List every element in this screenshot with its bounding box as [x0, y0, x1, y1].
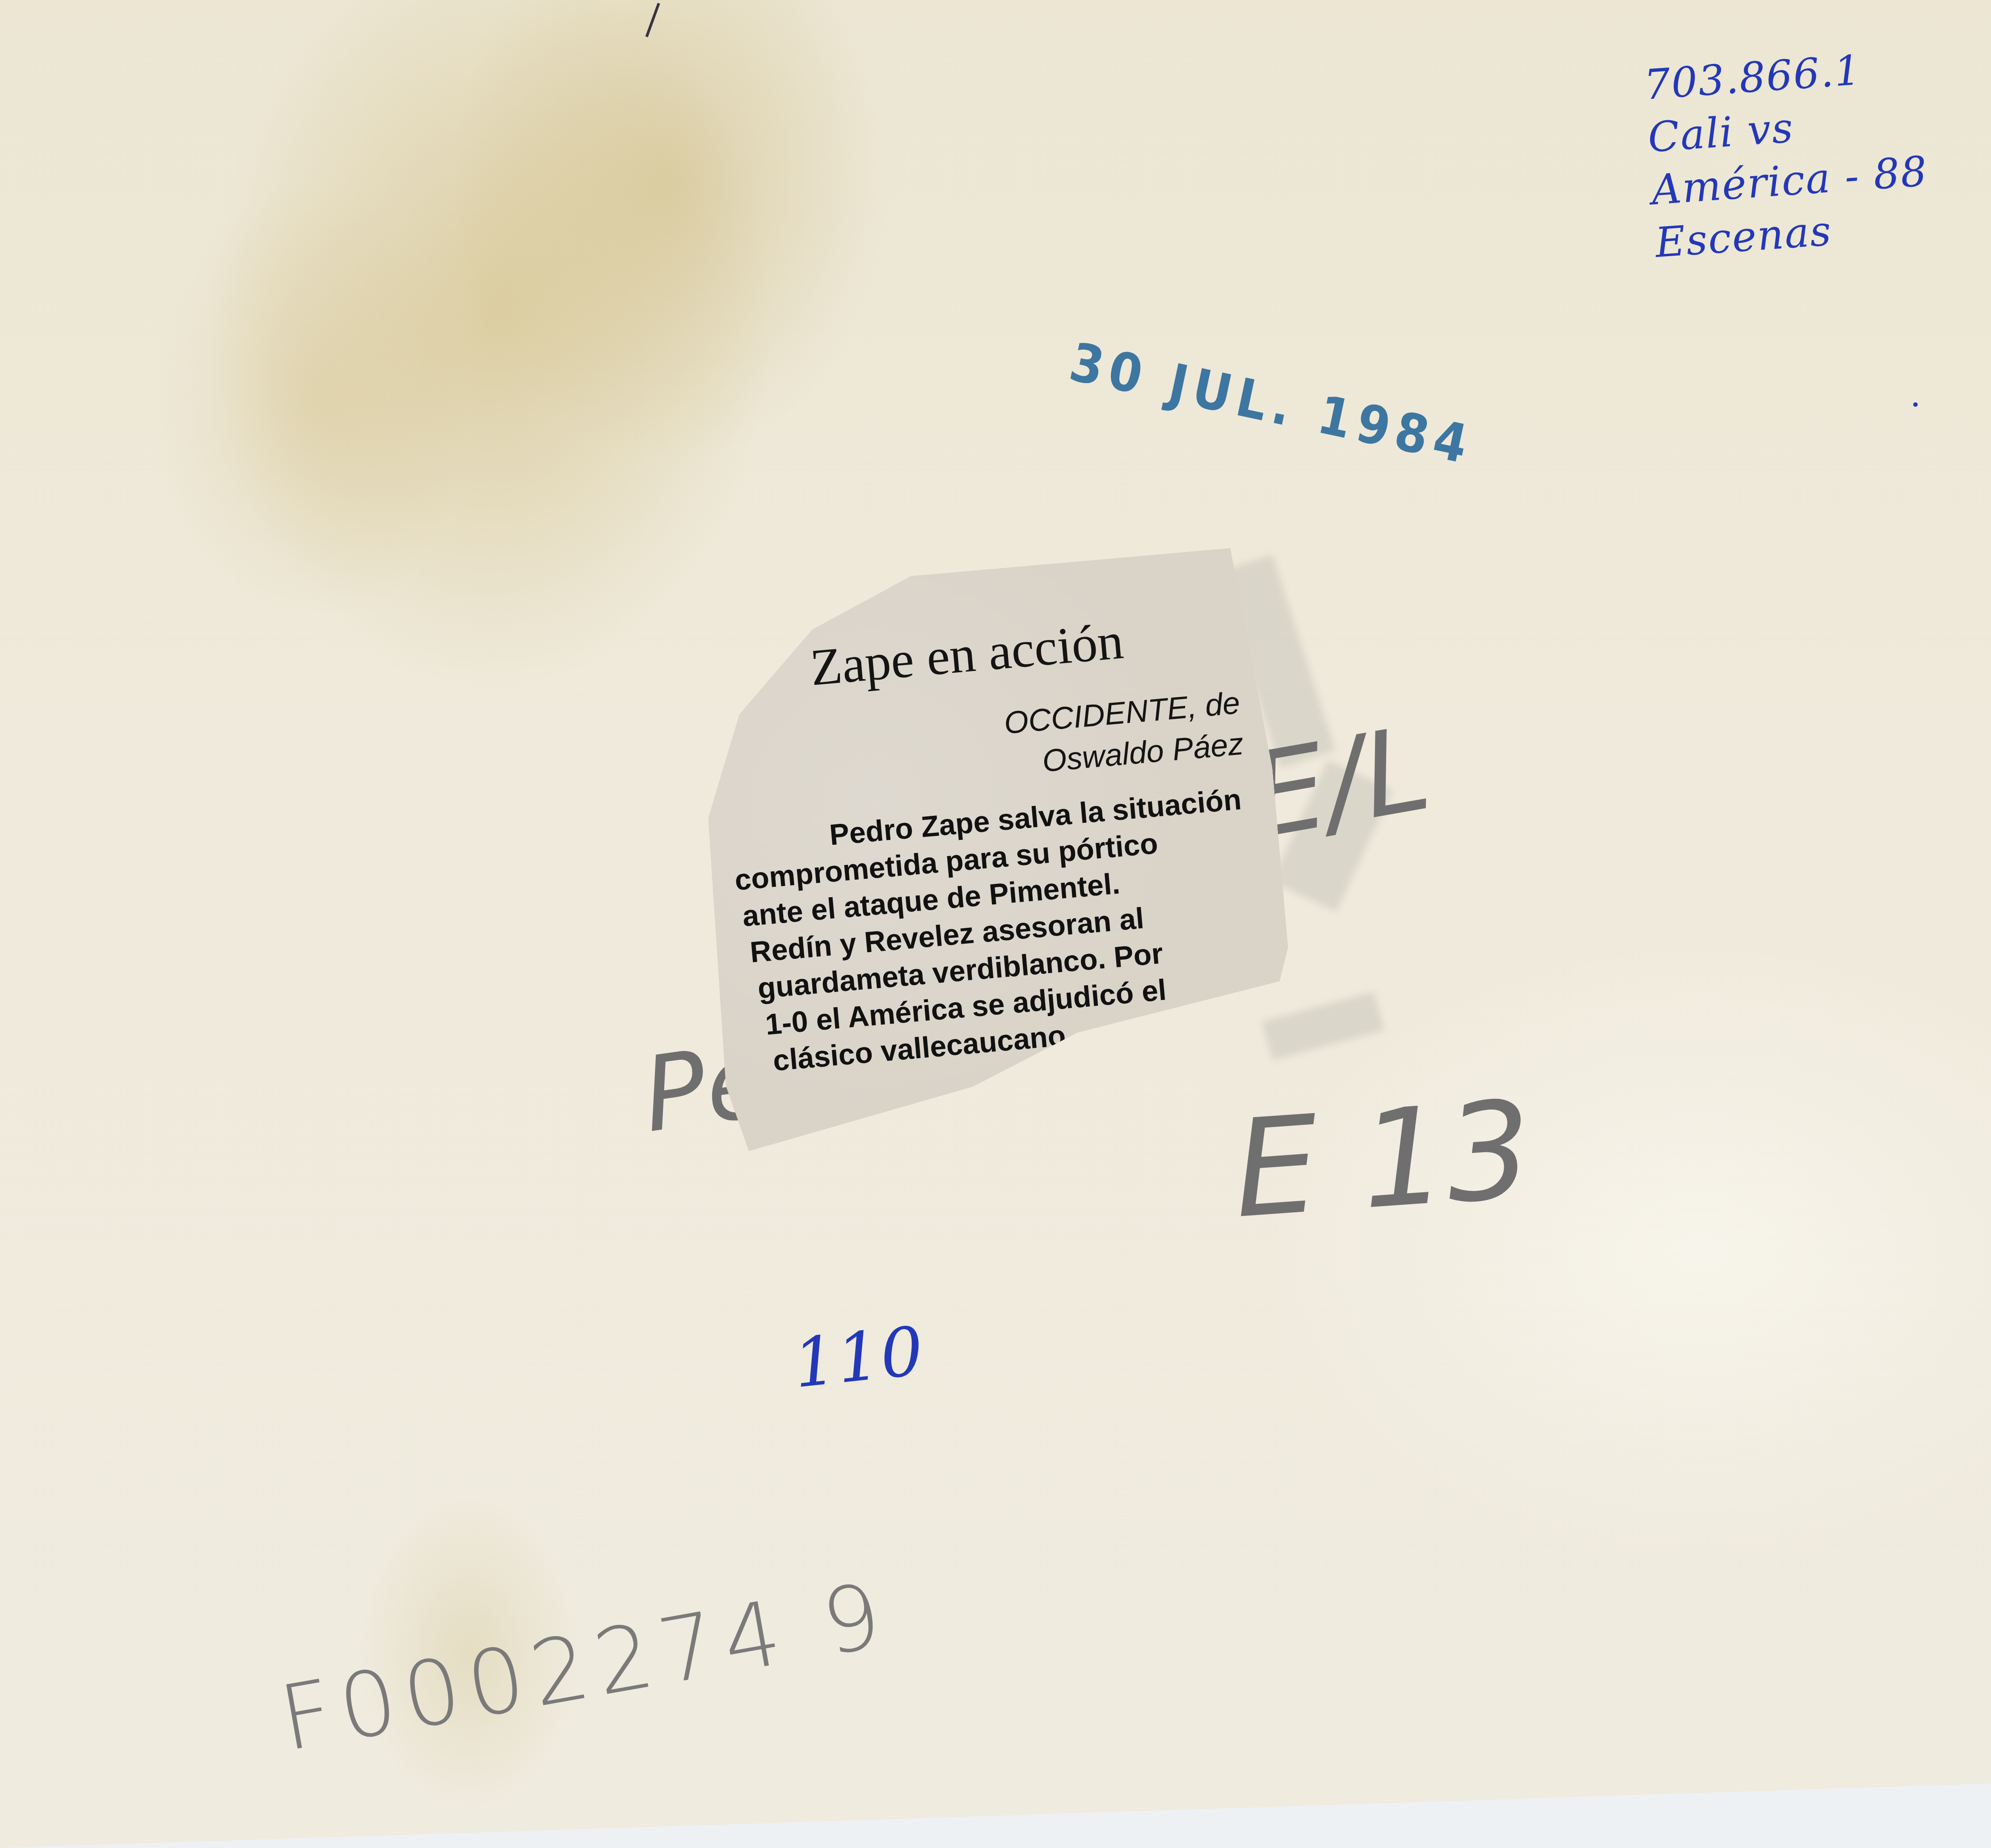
page-number: 110 [790, 1312, 928, 1403]
ink-speck [1913, 402, 1918, 407]
catalog-note: 703.866.1 Cali vs América - 88 Escenas [1642, 40, 1933, 270]
pencil-code: E 13 [1229, 1072, 1537, 1248]
clipping-credit: OCCIDENTE, de Oswaldo Páez [1002, 682, 1245, 785]
clipping-headline: Zape en acción [808, 612, 1126, 698]
